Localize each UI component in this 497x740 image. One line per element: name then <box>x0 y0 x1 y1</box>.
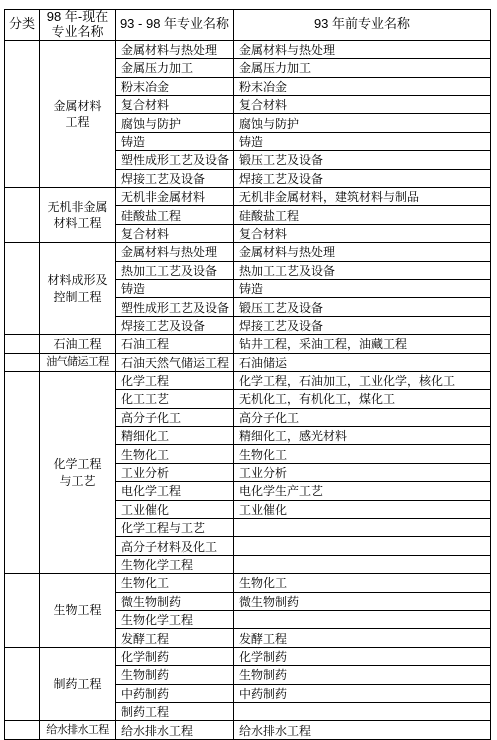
major-93-98-cell: 电化学工程 <box>116 482 234 500</box>
major-93-98-cell: 塑性成形工艺及设备 <box>116 298 234 316</box>
category-cell <box>5 647 40 721</box>
header-93-to-98: 93 - 98 年专业名称 <box>116 10 234 41</box>
major-93-98-cell: 精细化工 <box>116 427 234 445</box>
document-page: 分类 98 年-现在 专业名称 93 - 98 年专业名称 93 年前专业名称 … <box>0 0 497 740</box>
table-row: 材料成形及 控制工程金属材料与热处理金属材料与热处理 <box>5 243 491 261</box>
group-name-cell: 制药工程 <box>40 647 116 721</box>
major-93-98-cell: 复合材料 <box>116 224 234 242</box>
major-93-98-cell: 硅酸盐工程 <box>116 206 234 224</box>
table-row: 给水排水工程给水排水工程给水排水工程 <box>5 721 491 739</box>
category-cell <box>5 188 40 243</box>
major-93-98-cell: 热加工工艺及设备 <box>116 261 234 279</box>
header-row: 分类 98 年-现在 专业名称 93 - 98 年专业名称 93 年前专业名称 <box>5 10 491 41</box>
major-pre-93-cell: 金属材料与热处理 <box>234 243 491 261</box>
major-pre-93-cell: 焊接工艺及设备 <box>234 316 491 334</box>
table-row: 油气储运工程石油天然气储运工程石油储运 <box>5 353 491 371</box>
major-pre-93-cell: 复合材料 <box>234 224 491 242</box>
group-name-cell: 石油工程 <box>40 335 116 353</box>
major-pre-93-cell: 铸造 <box>234 132 491 150</box>
major-93-98-cell: 生物化工 <box>116 574 234 592</box>
major-93-98-cell: 高分子化工 <box>116 408 234 426</box>
major-pre-93-cell: 钻井工程，采油工程，油藏工程 <box>234 335 491 353</box>
major-pre-93-cell: 生物制药 <box>234 666 491 684</box>
major-93-98-cell: 金属材料与热处理 <box>116 243 234 261</box>
major-mapping-table: 分类 98 年-现在 专业名称 93 - 98 年专业名称 93 年前专业名称 … <box>4 9 491 740</box>
category-cell <box>5 721 40 739</box>
major-pre-93-cell: 腐蚀与防护 <box>234 114 491 132</box>
major-pre-93-cell: 工业分析 <box>234 463 491 481</box>
major-93-98-cell: 化学工程 <box>116 371 234 389</box>
group-name-cell: 给水排水工程 <box>40 721 116 739</box>
major-93-98-cell: 金属压力加工 <box>116 59 234 77</box>
table-row: 生物工程生物化工生物化工 <box>5 574 491 592</box>
major-93-98-cell: 生物化工 <box>116 445 234 463</box>
major-pre-93-cell: 石油储运 <box>234 353 491 371</box>
major-pre-93-cell: 发酵工程 <box>234 629 491 647</box>
major-pre-93-cell: 化学制药 <box>234 647 491 665</box>
major-pre-93-cell: 铸造 <box>234 279 491 297</box>
header-category: 分类 <box>5 10 40 41</box>
category-cell <box>5 335 40 353</box>
major-93-98-cell: 中药制药 <box>116 684 234 702</box>
major-pre-93-cell: 硅酸盐工程 <box>234 206 491 224</box>
major-pre-93-cell: 无机化工，有机化工，煤化工 <box>234 390 491 408</box>
major-93-98-cell: 金属材料与热处理 <box>116 40 234 58</box>
major-pre-93-cell: 粉末冶金 <box>234 77 491 95</box>
major-pre-93-cell: 锻压工艺及设备 <box>234 298 491 316</box>
table-row: 制药工程化学制药化学制药 <box>5 647 491 665</box>
major-93-98-cell: 化学制药 <box>116 647 234 665</box>
major-93-98-cell: 生物化学工程 <box>116 555 234 573</box>
group-name-cell: 金属材料 工程 <box>40 40 116 187</box>
major-93-98-cell: 复合材料 <box>116 96 234 114</box>
header-98-to-now: 98 年-现在 专业名称 <box>40 10 116 41</box>
major-93-98-cell: 化工工艺 <box>116 390 234 408</box>
major-pre-93-cell: 锻压工艺及设备 <box>234 151 491 169</box>
major-93-98-cell: 微生物制药 <box>116 592 234 610</box>
category-cell <box>5 40 40 187</box>
major-pre-93-cell: 中药制药 <box>234 684 491 702</box>
header-pre-93: 93 年前专业名称 <box>234 10 491 41</box>
major-93-98-cell: 工业分析 <box>116 463 234 481</box>
table-row: 化学工程 与工艺化学工程化学工程，石油加工，工业化学，核化工 <box>5 371 491 389</box>
major-pre-93-cell: 金属压力加工 <box>234 59 491 77</box>
table-row: 石油工程石油工程钻井工程，采油工程，油藏工程 <box>5 335 491 353</box>
major-pre-93-cell <box>234 537 491 555</box>
major-93-98-cell: 化学工程与工艺 <box>116 519 234 537</box>
major-pre-93-cell: 给水排水工程 <box>234 721 491 739</box>
category-cell <box>5 371 40 573</box>
major-93-98-cell: 生物化学工程 <box>116 610 234 628</box>
major-pre-93-cell: 生物化工 <box>234 445 491 463</box>
major-93-98-cell: 腐蚀与防护 <box>116 114 234 132</box>
group-name-cell: 油气储运工程 <box>40 353 116 371</box>
major-pre-93-cell: 无机非金属材料，建筑材料与制品 <box>234 188 491 206</box>
major-pre-93-cell: 焊接工艺及设备 <box>234 169 491 187</box>
major-93-98-cell: 铸造 <box>116 132 234 150</box>
group-name-cell: 化学工程 与工艺 <box>40 371 116 573</box>
major-93-98-cell: 生物制药 <box>116 666 234 684</box>
major-pre-93-cell: 工业催化 <box>234 500 491 518</box>
major-93-98-cell: 制药工程 <box>116 702 234 720</box>
category-cell <box>5 243 40 335</box>
major-pre-93-cell: 高分子化工 <box>234 408 491 426</box>
category-cell <box>5 353 40 371</box>
major-93-98-cell: 高分子材料及化工 <box>116 537 234 555</box>
major-93-98-cell: 工业催化 <box>116 500 234 518</box>
major-93-98-cell: 石油工程 <box>116 335 234 353</box>
table-body: 金属材料 工程金属材料与热处理金属材料与热处理金属压力加工金属压力加工粉末冶金粉… <box>5 40 491 739</box>
major-pre-93-cell: 生物化工 <box>234 574 491 592</box>
major-pre-93-cell: 微生物制药 <box>234 592 491 610</box>
major-93-98-cell: 铸造 <box>116 279 234 297</box>
group-name-cell: 生物工程 <box>40 574 116 648</box>
major-93-98-cell: 发酵工程 <box>116 629 234 647</box>
major-pre-93-cell: 复合材料 <box>234 96 491 114</box>
major-93-98-cell: 石油天然气储运工程 <box>116 353 234 371</box>
table-row: 金属材料 工程金属材料与热处理金属材料与热处理 <box>5 40 491 58</box>
major-pre-93-cell <box>234 519 491 537</box>
major-93-98-cell: 焊接工艺及设备 <box>116 316 234 334</box>
major-pre-93-cell <box>234 702 491 720</box>
major-pre-93-cell: 精细化工，感光材料 <box>234 427 491 445</box>
major-pre-93-cell: 金属材料与热处理 <box>234 40 491 58</box>
group-name-cell: 无机非金属 材料工程 <box>40 188 116 243</box>
major-93-98-cell: 给水排水工程 <box>116 721 234 739</box>
major-93-98-cell: 无机非金属材料 <box>116 188 234 206</box>
category-cell <box>5 574 40 648</box>
major-pre-93-cell: 电化学生产工艺 <box>234 482 491 500</box>
table-row: 无机非金属 材料工程无机非金属材料无机非金属材料，建筑材料与制品 <box>5 188 491 206</box>
major-pre-93-cell <box>234 610 491 628</box>
major-93-98-cell: 塑性成形工艺及设备 <box>116 151 234 169</box>
major-pre-93-cell <box>234 555 491 573</box>
major-93-98-cell: 焊接工艺及设备 <box>116 169 234 187</box>
major-pre-93-cell: 热加工工艺及设备 <box>234 261 491 279</box>
major-93-98-cell: 粉末冶金 <box>116 77 234 95</box>
major-pre-93-cell: 化学工程，石油加工，工业化学，核化工 <box>234 371 491 389</box>
group-name-cell: 材料成形及 控制工程 <box>40 243 116 335</box>
